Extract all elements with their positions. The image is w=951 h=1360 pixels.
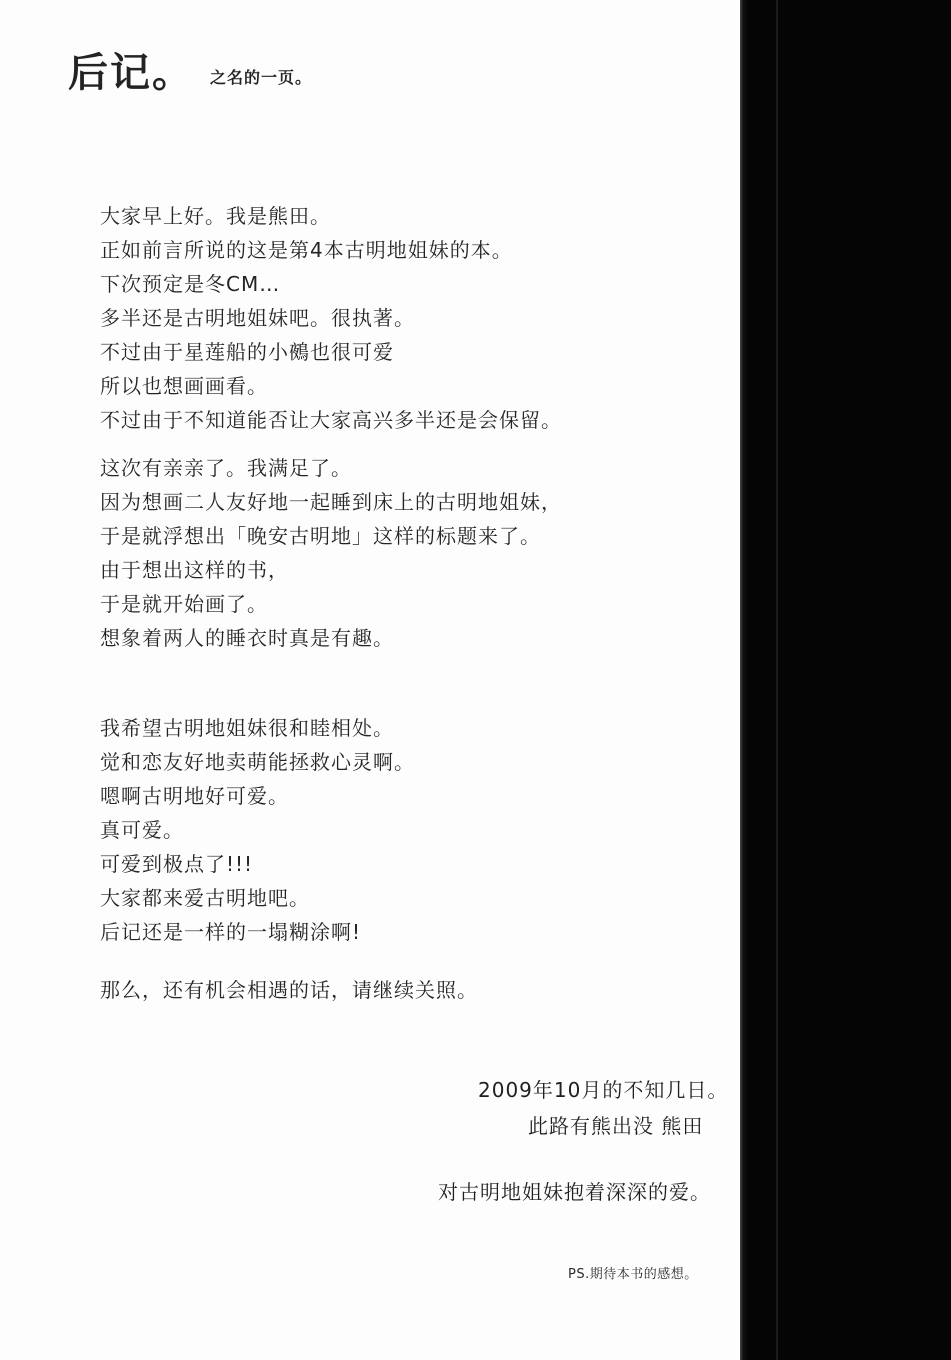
text-line: 由于想出这样的书， — [100, 553, 562, 587]
page-subtitle: 之名的一页。 — [210, 65, 312, 96]
text-line: 后记还是一样的一塌糊涂啊! — [100, 915, 415, 949]
text-line: 大家早上好。我是熊田。 — [100, 199, 562, 233]
text-line: 这次有亲亲了。我满足了。 — [100, 451, 562, 485]
paragraph-4: 那么，还有机会相遇的话，请继续关照。 — [100, 973, 478, 1007]
text-line: 想象着两人的睡衣时真是有趣。 — [100, 621, 562, 655]
paragraph-2: 这次有亲亲了。我满足了。 因为想画二人友好地一起睡到床上的古明地姐妹， 于是就浮… — [100, 451, 562, 655]
afterword-page: 后记。 之名的一页。 大家早上好。我是熊田。 正如前言所说的这是第4本古明地姐妹… — [0, 0, 951, 1360]
text-line: 大家都来爱古明地吧。 — [100, 881, 415, 915]
text-line: 下次预定是冬CM… — [100, 267, 562, 301]
paragraph-3: 我希望古明地姐妹很和睦相处。 觉和恋友好地卖萌能拯救心灵啊。 嗯啊古明地好可爱。… — [100, 711, 415, 949]
text-line: 不过由于不知道能否让大家高兴多半还是会保留。 — [100, 403, 562, 437]
text-line: 真可爱。 — [100, 813, 415, 847]
text-line: 因为想画二人友好地一起睡到床上的古明地姐妹， — [100, 485, 562, 519]
text-line: 不过由于星莲船的小鵺也很可爱 — [100, 335, 562, 369]
text-line: 于是就浮想出「晚安古明地」这样的标题来了。 — [100, 519, 562, 553]
text-line: 多半还是古明地姐妹吧。很执著。 — [100, 301, 562, 335]
signoff-author: 此路有熊出没 熊田 — [528, 1110, 703, 1139]
signoff-ps: PS.期待本书的感想。 — [568, 1263, 698, 1282]
page-header: 后记。 之名的一页。 — [68, 50, 312, 96]
text-line: 觉和恋友好地卖萌能拯救心灵啊。 — [100, 745, 415, 779]
text-line: 正如前言所说的这是第4本古明地姐妹的本。 — [100, 233, 562, 267]
signoff-date: 2009年10月的不知几日。 — [478, 1074, 728, 1103]
text-line: 我希望古明地姐妹很和睦相处。 — [100, 711, 415, 745]
text-line: 所以也想画画看。 — [100, 369, 562, 403]
text-line: 那么，还有机会相遇的话，请继续关照。 — [100, 973, 478, 1007]
scan-black-bar — [740, 0, 951, 1360]
text-line: 于是就开始画了。 — [100, 587, 562, 621]
paragraph-1: 大家早上好。我是熊田。 正如前言所说的这是第4本古明地姐妹的本。 下次预定是冬C… — [100, 199, 562, 437]
text-line: 嗯啊古明地好可爱。 — [100, 779, 415, 813]
page-title: 后记。 — [68, 50, 194, 96]
text-line: 可爱到极点了!!! — [100, 847, 415, 881]
signoff-dedication: 对古明地姐妹抱着深深的爱。 — [438, 1176, 711, 1205]
